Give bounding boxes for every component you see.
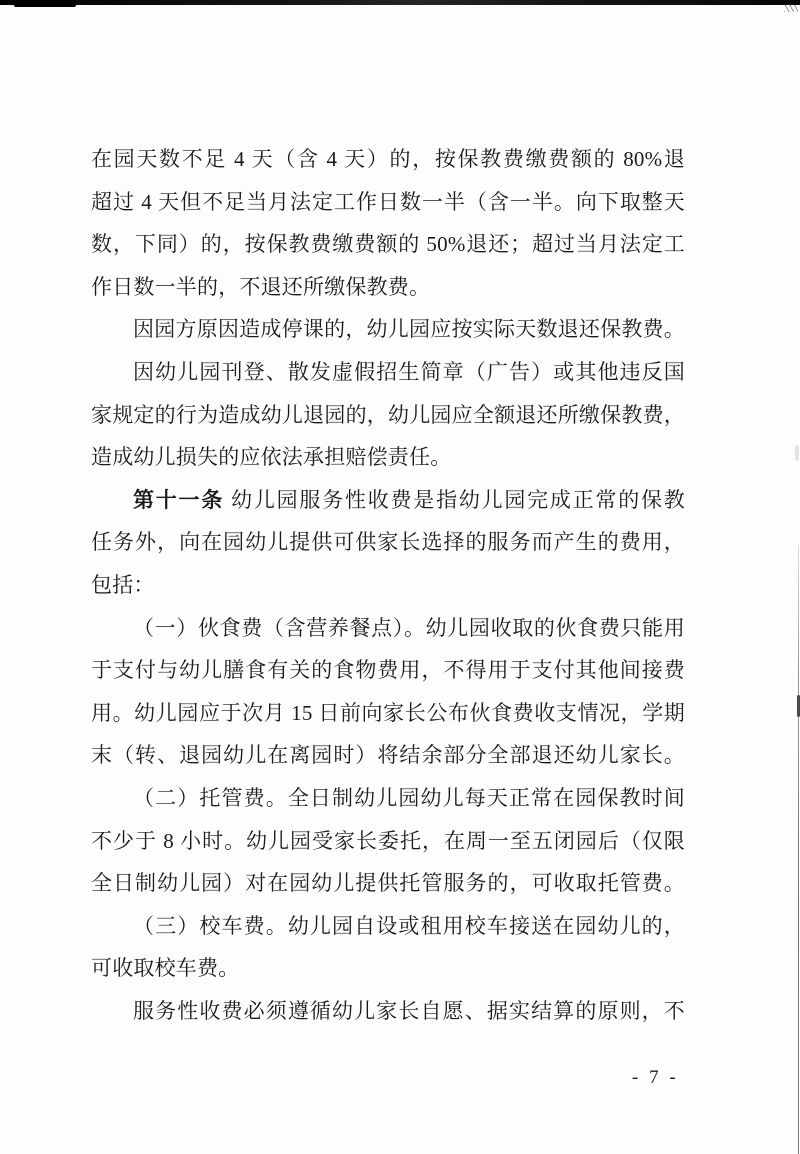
text-line: 任务外，向在园幼儿提供可供家长选择的服务而产生的费用， xyxy=(91,521,685,564)
document-body-text: 在园天数不足 4 天（含 4 天）的，按保教费缴费额的 80%退还；超过 4 天… xyxy=(91,138,685,1032)
text-line: 不少于 8 小时。幼儿园受家长委托，在周一至五闭园后（仅限 xyxy=(91,820,685,863)
article-number-bold: 第十一条 xyxy=(133,488,224,512)
text-line: 末（转、退园幼儿在离园时）将结余部分全部退还幼儿家长。 xyxy=(91,734,685,777)
text-line: 包括： xyxy=(91,564,685,607)
text-line: 造成幼儿损失的应依法承担赔偿责任。 xyxy=(91,436,685,479)
scan-artifact-right-edge-line xyxy=(798,545,799,1154)
text-line: 因幼儿园刊登、散发虚假招生简章（广告）或其他违反国 xyxy=(91,351,685,394)
text-line: 超过 4 天但不足当月法定工作日数一半（含一半。向下取整天 xyxy=(91,181,685,224)
text-line: （二）托管费。全日制幼儿园幼儿每天正常在园保教时间 xyxy=(91,777,685,820)
text-line: 用。幼儿园应于次月 15 日前向家长公布伙食费收支情况，学期 xyxy=(91,692,685,735)
text-line: （三）校车费。幼儿园自设或租用校车接送在园幼儿的， xyxy=(91,905,685,948)
text-line: 数，下同）的，按保教费缴费额的 50%退还；超过当月法定工 xyxy=(91,223,685,266)
text-line: 于支付与幼儿膳食有关的食物费用，不得用于支付其他间接费 xyxy=(91,649,685,692)
text-line: （一）伙食费（含营养餐点）。幼儿园收取的伙食费只能用 xyxy=(91,607,685,650)
page-number: - 7 - xyxy=(632,1067,679,1089)
text-line: 可收取校车费。 xyxy=(91,947,685,990)
scan-artifact-top-blob xyxy=(14,0,76,7)
scan-artifact-top-edge xyxy=(0,0,800,5)
text-line: 全日制幼儿园）对在园幼儿提供托管服务的，可收取托管费。 xyxy=(91,862,685,905)
text-line: 在园天数不足 4 天（含 4 天）的，按保教费缴费额的 80%退还； xyxy=(91,138,685,181)
scan-artifact-right-smudge xyxy=(795,445,799,461)
text-line: 服务性收费必须遵循幼儿家长自愿、据实结算的原则，不 xyxy=(91,990,685,1033)
scan-artifact-corner-mark xyxy=(784,4,798,12)
text-line: 家规定的行为造成幼儿退园的，幼儿园应全额退还所缴保教费， xyxy=(91,394,685,437)
text-line: 第十一条 幼儿园服务性收费是指幼儿园完成正常的保教 xyxy=(91,479,685,522)
text-line: 作日数一半的，不退还所缴保教费。 xyxy=(91,266,685,309)
text-line: 因园方原因造成停课的，幼儿园应按实际天数退还保教费。 xyxy=(91,308,685,351)
